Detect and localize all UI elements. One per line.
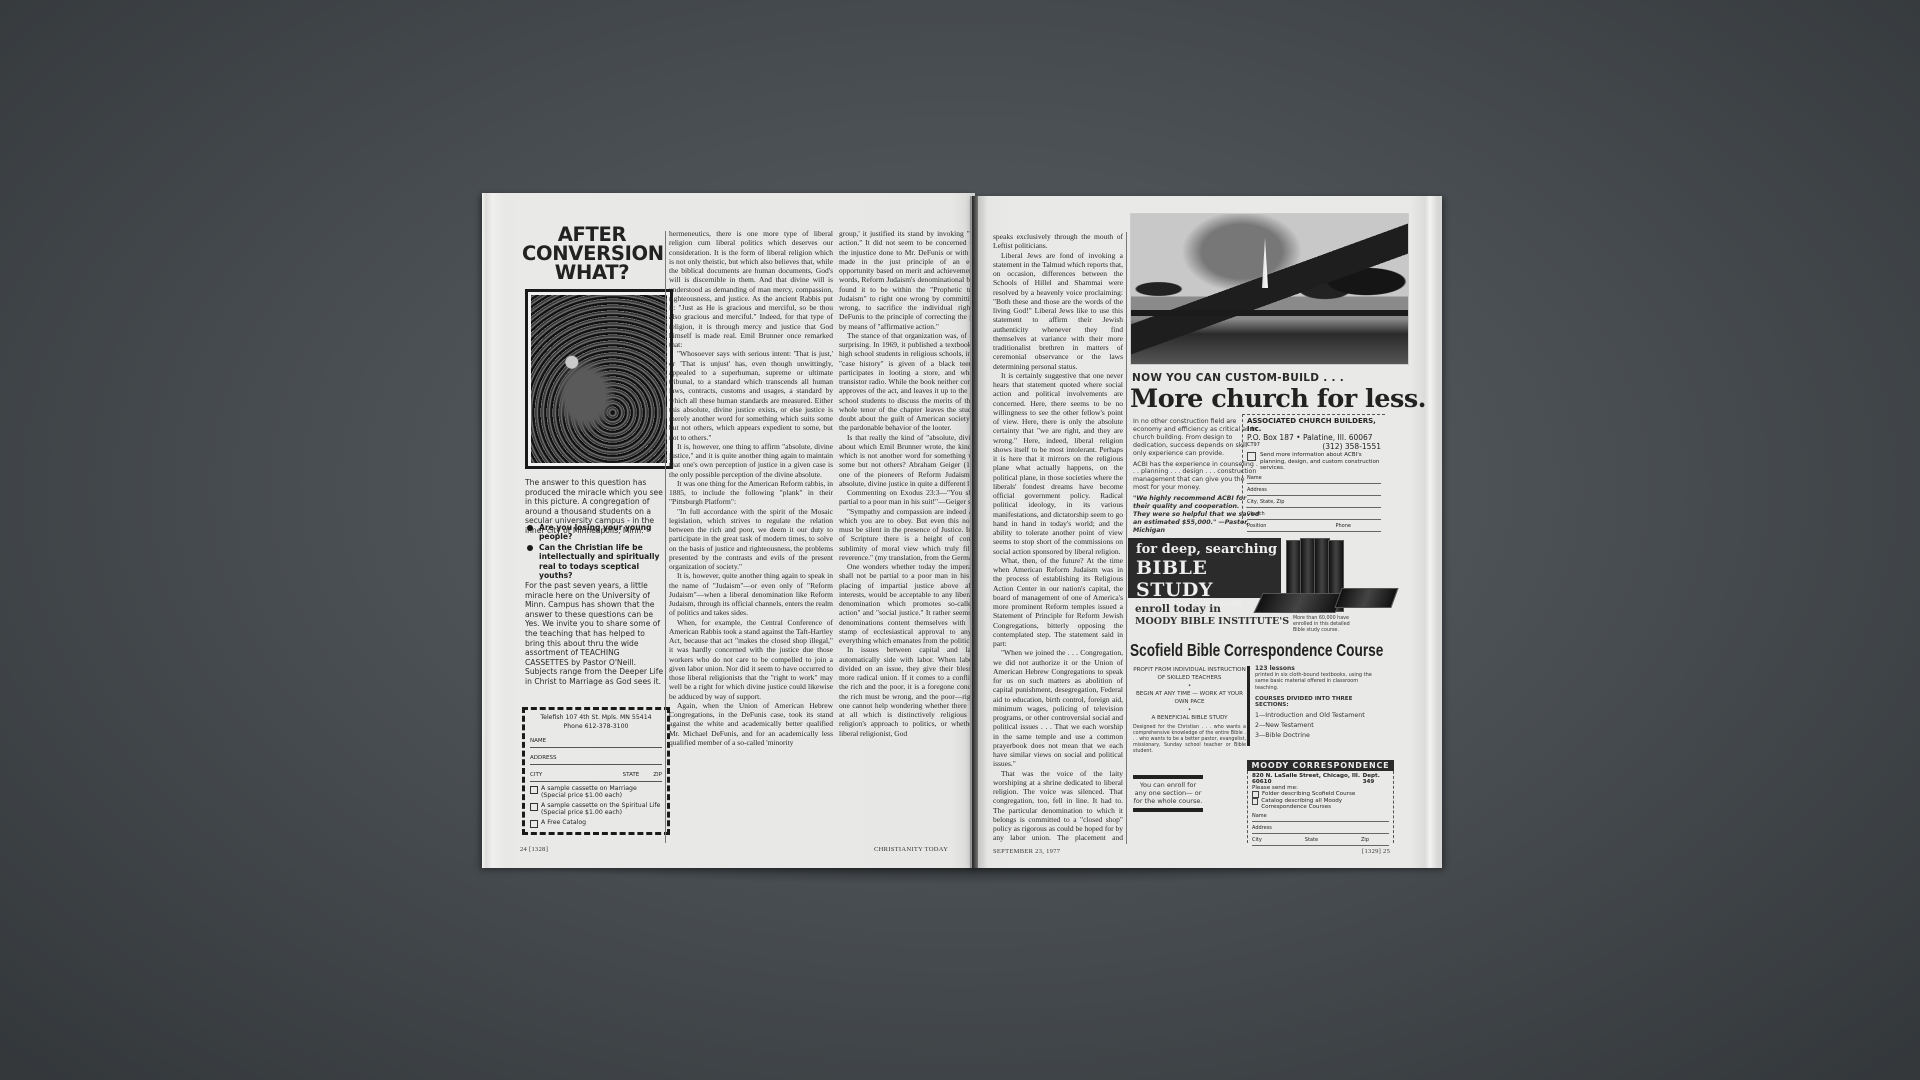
paragraph: It was one thing for the American Reform… xyxy=(669,479,833,507)
article-column-2: hermeneutics, there is one more type of … xyxy=(669,229,833,841)
paragraph: Again, when the Union of American Hebrew… xyxy=(669,701,833,747)
acbi-phone: (312) 358-1551 xyxy=(1322,442,1381,451)
page-number-left: 24 [1328] xyxy=(520,846,548,853)
checkbox[interactable] xyxy=(1247,452,1256,461)
acbi-headline: More church for less. xyxy=(1130,384,1426,414)
section-item: 1—Introduction and Old Testament xyxy=(1255,711,1383,721)
checkbox[interactable] xyxy=(1252,791,1259,798)
books-illustration xyxy=(1258,538,1393,628)
page-number-right: [1329] 25 xyxy=(1362,848,1390,855)
enroll-box: You can enroll for any one section— or f… xyxy=(1133,773,1203,814)
paragraph: "Sympathy and compassion are indeed an e… xyxy=(839,507,975,563)
phone-label: Phone xyxy=(1336,520,1352,531)
dept-code: Dept. 349 xyxy=(1363,773,1389,785)
paragraph: In issues between capital and labor, the… xyxy=(839,645,975,738)
option-label: Send more information about ACBI's plann… xyxy=(1260,452,1381,472)
benefit-item: A BENEFICIAL BIBLE STUDY xyxy=(1133,714,1246,722)
paragraph: group,' it justified its stand by invoki… xyxy=(839,229,975,331)
section-item: 2—New Testament xyxy=(1255,721,1383,731)
coupon-address: Telefish 107 4th St. Mpls. MN 55414 xyxy=(530,713,662,722)
zip-label: ZIP xyxy=(653,765,662,781)
paragraph: hermeneutics, there is one more type of … xyxy=(669,229,833,349)
paragraph: speaks exclusively through the mouth of … xyxy=(993,232,1123,251)
paragraph: It is, however, one thing to affirm "abs… xyxy=(669,442,833,479)
magazine-spine xyxy=(972,196,978,868)
moody-school-band: MOODY CORRESPONDENCE SCHOOL xyxy=(1247,760,1394,771)
left-page: AFTER CONVERSION WHAT? The answer to thi… xyxy=(482,193,975,868)
photo-image xyxy=(531,295,667,463)
paragraph: One wonders whether today the imperative… xyxy=(839,562,975,645)
bullet-item: Can the Christian life be intellectually… xyxy=(525,543,665,581)
city-label: CITY xyxy=(530,765,542,781)
course-title: Scofield Bible Correspondence Course xyxy=(1130,640,1383,661)
issue-date: SEPTEMBER 23, 1977 xyxy=(993,848,1060,855)
benefit-item: PROFIT FROM INDIVIDUAL INSTRUCTION OF SK… xyxy=(1133,666,1246,682)
benefit-item: BEGIN AT ANY TIME — WORK AT YOUR OWN PAC… xyxy=(1133,690,1246,706)
zip-label: Zip xyxy=(1361,834,1369,845)
column-divider xyxy=(665,231,666,843)
ad-headline: AFTER CONVERSION WHAT? xyxy=(522,225,662,282)
sections-title: COURSES DIVIDED INTO THREE SECTIONS: xyxy=(1255,696,1383,708)
paragraph: It is, however, quite another thing agai… xyxy=(669,571,833,617)
state-label: State xyxy=(1305,834,1318,845)
option-label: A sample cassette on Marriage (Special p… xyxy=(541,785,662,799)
checkbox[interactable] xyxy=(530,803,538,811)
cassette-coupon: Telefish 107 4th St. Mpls. MN 55414 Phon… xyxy=(522,707,670,835)
acbi-kicker: NOW YOU CAN CUSTOM-BUILD . . . xyxy=(1132,372,1344,384)
lessons-text: printed in six cloth-bound textbooks, us… xyxy=(1255,672,1383,691)
acbi-church-field[interactable]: Church xyxy=(1247,508,1381,520)
option-spiritual-life[interactable]: A sample cassette on the Spiritual Life … xyxy=(530,802,662,816)
option-folder[interactable]: Folder describing Scofield Course xyxy=(1252,791,1389,798)
enroll-box-text: You can enroll for any one section— or f… xyxy=(1133,781,1203,806)
acbi-address: P.O. Box 187 • Palatine, Ill. 60067 xyxy=(1247,433,1381,442)
section-item: 3—Bible Doctrine xyxy=(1255,731,1383,741)
paragraph: Liberal Jews are fond of invoking a stat… xyxy=(993,251,1123,371)
benefits-list: PROFIT FROM INDIVIDUAL INSTRUCTION OF SK… xyxy=(1133,666,1246,755)
checkbox[interactable] xyxy=(1252,798,1258,805)
acbi-code: CT97 xyxy=(1247,442,1260,451)
designed-for: Designed for the Christian . . . who wan… xyxy=(1133,725,1246,755)
paragraph: It is certainly suggestive that one neve… xyxy=(993,371,1123,556)
ad-divider xyxy=(1247,666,1250,746)
church-illustration xyxy=(1130,213,1409,365)
book-icon xyxy=(1253,593,1344,613)
crowd-photo xyxy=(525,289,673,469)
moody-coupon: 820 N. LaSalle Street, Chicago, Ill. 606… xyxy=(1247,771,1394,843)
enroll-today: enroll today in xyxy=(1135,603,1221,615)
paragraph: When, for example, the Central Conferenc… xyxy=(669,618,833,701)
column-divider xyxy=(1126,232,1127,844)
moody-city-field[interactable]: City State Zip xyxy=(1252,834,1389,846)
book-icon xyxy=(1334,588,1398,608)
moody-institute: MOODY BIBLE INSTITUTE'S xyxy=(1135,616,1289,627)
checkbox[interactable] xyxy=(530,786,538,794)
bar-bottom xyxy=(1133,808,1203,812)
address-field[interactable]: ADDRESS xyxy=(530,748,662,765)
paragraph: "Whosoever says with serious intent: 'Th… xyxy=(669,349,833,442)
bar-top xyxy=(1133,775,1203,779)
name-field[interactable]: NAME xyxy=(530,731,662,748)
acbi-city-field[interactable]: City, State, Zip xyxy=(1247,496,1381,508)
acbi-address-field[interactable]: Address xyxy=(1247,484,1381,496)
paragraph: "In full accordance with the spirit of t… xyxy=(669,507,833,572)
moody-address-field[interactable]: Address xyxy=(1252,822,1389,834)
option-label: Catalog describing all Moody Corresponde… xyxy=(1261,798,1389,810)
right-page: speaks exclusively through the mouth of … xyxy=(970,196,1442,868)
magazine-name: CHRISTIANITY TODAY xyxy=(874,846,948,853)
paragraph: "When we joined the . . . Congregation, … xyxy=(993,648,1123,768)
paragraph: Commenting on Exodus 23:3—"You shall not… xyxy=(839,488,975,507)
checkbox[interactable] xyxy=(530,820,538,828)
ad-bullets: Are you losing your young people? Can th… xyxy=(525,523,665,581)
article-column-3: group,' it justified its stand by invoki… xyxy=(839,229,975,841)
acbi-coupon: ASSOCIATED CHURCH BUILDERS, Inc. P.O. Bo… xyxy=(1242,414,1385,524)
option-catalog[interactable]: A Free Catalog xyxy=(530,819,662,828)
paragraph: What, then, of the future? At the time w… xyxy=(993,556,1123,649)
coupon-phone: Phone 612-378-3100 xyxy=(530,722,662,731)
state-label: STATE xyxy=(623,765,640,781)
city-label: City xyxy=(1252,834,1262,845)
bullet-item: Are you losing your young people? xyxy=(525,523,665,542)
paragraph: The stance of that organization was, of … xyxy=(839,331,975,433)
acbi-info-option[interactable]: Send more information about ACBI's plann… xyxy=(1247,452,1381,472)
school-address: 820 N. LaSalle Street, Chicago, Ill. 606… xyxy=(1252,773,1363,785)
acbi-company: ASSOCIATED CHURCH BUILDERS, Inc. xyxy=(1247,417,1381,433)
moody-name-field[interactable]: Name xyxy=(1252,810,1389,822)
option-label: Folder describing Scofield Course xyxy=(1262,791,1355,798)
article-column-right: speaks exclusively through the mouth of … xyxy=(993,232,1123,842)
paragraph: Is that really the kind of "absolute, di… xyxy=(839,433,975,489)
acbi-name-field[interactable]: Name xyxy=(1247,472,1381,484)
enrolled-note: More than 60,000 have enrolled in this d… xyxy=(1293,616,1358,633)
city-state-zip-field[interactable]: CITY STATE ZIP xyxy=(530,765,662,782)
option-catalog[interactable]: Catalog describing all Moody Corresponde… xyxy=(1252,798,1389,810)
ad-body: For the past seven years, a little mirac… xyxy=(525,581,665,687)
option-marriage[interactable]: A sample cassette on Marriage (Special p… xyxy=(530,785,662,799)
paragraph: That was the voice of the laity worshipi… xyxy=(993,769,1123,843)
acbi-position-field[interactable]: Position Phone xyxy=(1247,520,1381,532)
option-label: A Free Catalog xyxy=(541,819,586,828)
course-details: 123 lessons printed in six cloth-bound t… xyxy=(1255,666,1383,741)
option-label: A sample cassette on the Spiritual Life … xyxy=(541,802,662,816)
position-label: Position xyxy=(1247,520,1266,531)
